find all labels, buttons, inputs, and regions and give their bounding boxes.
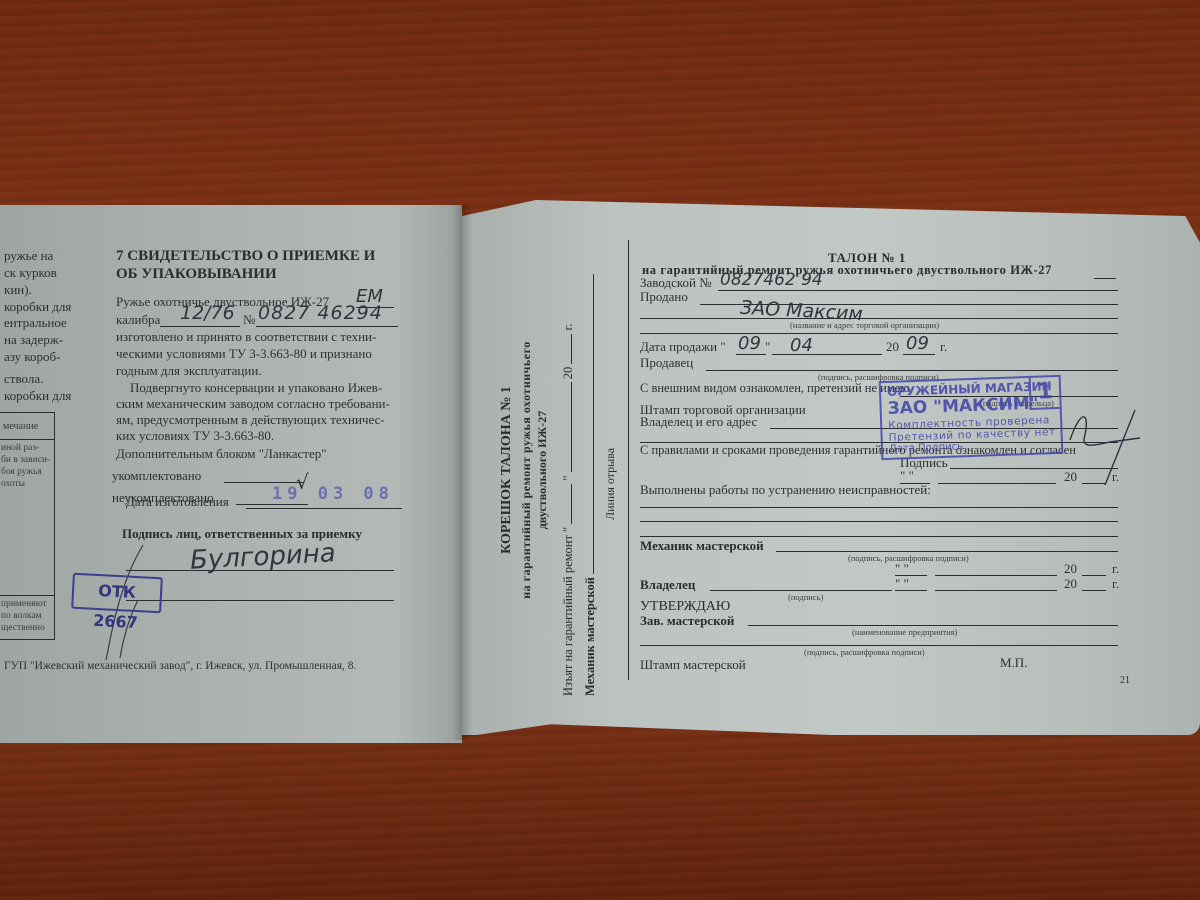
head-label: Зав. мастерской [640,613,734,629]
manufacture-date-stamp: 19 03 08 [272,484,394,504]
margin-fragment: коробки для [4,299,71,315]
owner2-label: Владелец [640,577,695,593]
tear-line-label: Линия отрыва [603,40,618,520]
paragraph-line: ям, предусмотренным в действующих технич… [116,412,385,428]
paragraph-line: ским механическим заводом согласно требо… [116,396,390,412]
margin-fragment: азу короб- [4,349,60,365]
block-line: Дополнительным блоком "Ланкастер" [116,446,327,462]
table-cell: щественно [1,623,45,633]
table-cell: применяют [1,599,47,609]
year-prefix: 20 [1064,576,1077,592]
mechanic-field [776,551,1118,552]
signature-field-2 [126,600,394,601]
stub-year-field[interactable] [571,334,572,364]
sale-month: 04 [790,335,813,356]
stub-quote: " [561,475,575,480]
sale-year-prefix: 20 [886,339,899,355]
sale-year: 09 [906,333,929,354]
paragraph-line: ческими условиями ТУ 3-3.663-80 и призна… [116,346,372,362]
sold-label: Продано [640,289,688,305]
work-done-label: Выполнены работы по устранению неисправн… [640,482,931,498]
table-cell: по волкам [1,611,42,621]
stub-year-prefix: 20 [561,367,575,380]
margin-fragment: ентральное [4,315,67,331]
complete-field [224,482,304,483]
work-field-3 [640,536,1118,537]
work-field-1 [640,507,1118,508]
manufacture-date-label: Дата изготовления [126,494,229,510]
paragraph-line: изготовлено и принято в соответствии с т… [116,329,376,345]
owner-label: Владелец и его адрес [640,414,757,430]
stub-month-field[interactable] [571,382,572,472]
sale-year-suffix: г. [940,339,947,355]
complete-label: укомплектовано [112,468,201,484]
sold-field-2 [640,318,1118,319]
stamp-signature [1050,390,1150,490]
paragraph-line: Подвергнуто консервации и упаковано Ижев… [130,380,382,396]
table-cell: иной раз- [1,443,39,453]
seller-field [706,370,1118,371]
margin-fragment: кин). [4,282,32,298]
margin-fragment: коробки для [4,388,71,404]
margin-fragment: ск курков [4,265,57,281]
year-suffix: г. [1112,561,1119,577]
book-gutter [452,205,472,740]
sale-date-label: Дата продажи " [640,339,726,355]
table-cell: охоты [1,479,25,489]
workshop-stamp-label: Штамп мастерской [640,657,746,673]
stub-day-field[interactable] [571,484,572,524]
mechanic-label: Механик мастерской [640,538,764,554]
section-title: 7 СВИДЕТЕЛЬСТВО О ПРИЕМКЕ И [116,248,375,265]
tear-line [628,240,629,680]
owner2-field [710,590,892,591]
stub-title: КОРЕШОК ТАЛОНА № 1 [499,230,515,710]
store-stamp: ОРУЖЕЙНЫЙ МАГАЗИН 1 ЗАО "МАКСИМ" Комплек… [879,375,1064,460]
sale-day: 09 [738,333,761,354]
stub-removed-label: Изъят на гарантийный ремонт " [561,527,575,696]
serial-label: № [243,312,255,328]
section-title-line2: ОБ УПАКОВЫВАНИИ [116,266,277,283]
seller-label: Продавец [640,355,693,371]
stub-subtitle: на гарантийный ремонт ружья охотничьего [519,230,534,710]
head-sign-field [640,645,1118,646]
head-field [748,625,1118,626]
page-number: 21 [1120,675,1130,686]
stub-year-suffix: г. [561,324,575,331]
paragraph-line: годным для эксплуатации. [116,363,262,379]
factory-no-field [718,290,1118,291]
stamp-line: Дата Подпись [889,441,963,455]
head-sign-caption: (подпись, расшифровка подписи) [804,647,925,657]
table-header: мечание [3,421,38,432]
serial-value: 0827 46294 [258,302,383,324]
otk-stamp: ОТК 2667 [71,573,163,614]
left-edge-table: мечание иной раз- би в завиcи- боя ружья… [0,412,55,640]
manufacture-date-field [246,508,402,509]
org-caption: (название и адрес торговой организации) [790,320,939,330]
table-cell: би в завиcи- [1,455,50,465]
year-prefix: 20 [1064,561,1077,577]
margin-fragment: ствола. [4,371,43,387]
stub-mechanic-label: Механик мастерской [583,577,597,696]
factory-no-value: 0827462 94 [720,270,823,290]
table-cell: боя ружья [1,467,42,477]
paragraph-line: ких условиях ТУ 3-3.663-80. [116,428,274,444]
caliber-value: 12/76 [180,302,235,324]
coupon-stub: КОРЕШОК ТАЛОНА № 1 на гарантийный ремонт… [497,230,627,710]
margin-fragment: на задерж- [4,332,63,348]
stub-mechanic-field[interactable] [593,274,594,574]
left-footer: ГУП "Ижевский механический завод", г. Иж… [4,660,356,672]
incomplete-field [236,504,308,505]
head-caption: (наименование предприятия) [852,627,957,637]
signature-field [126,570,394,571]
work-field-2 [640,521,1118,522]
margin-fragment: ружье на [4,248,53,264]
stub-subtitle-2: двуствольного ИЖ-27 [535,230,550,710]
mp-label: М.П. [1000,655,1027,671]
caliber-label: калибра [116,312,160,328]
appearance-line: С внешним видом ознакомлен, претензий не… [640,381,910,396]
owner2-caption: (подпись) [788,592,823,602]
year-suffix: г. [1112,576,1119,592]
